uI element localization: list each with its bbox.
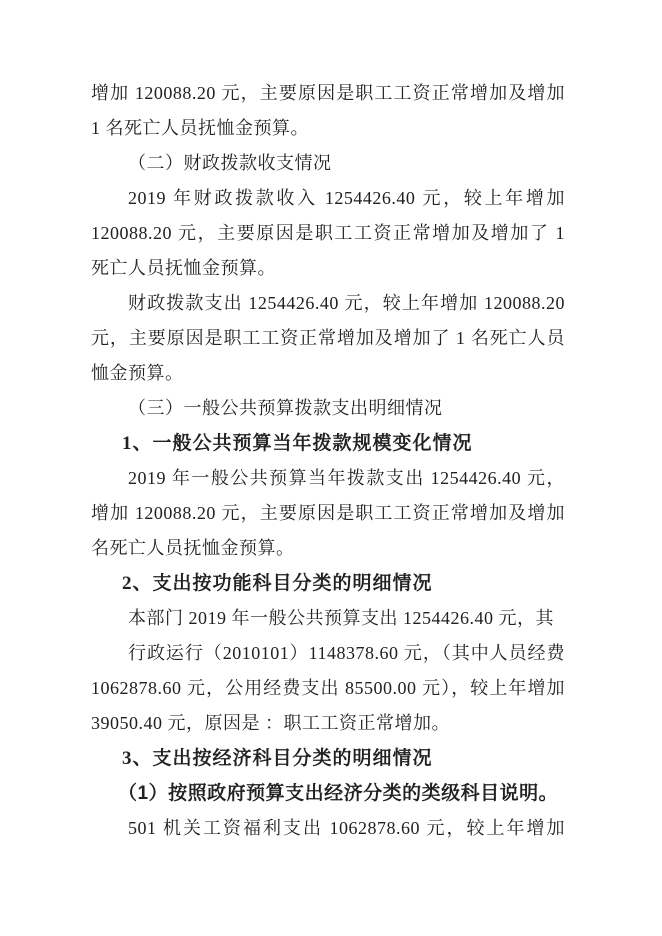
paragraph-line: 增加 120088.20 元，主要原因是职工工资正常增加及增加了 1: [91, 496, 565, 531]
paragraph: 本部门 2019 年一般公共预算支出 1254426.40 元，其中：: [91, 601, 565, 636]
section-heading-2: （二）财政拨款收支情况: [91, 146, 565, 181]
paragraph-line: 39050.40 元，原因是 ：职工工资正常增加。: [91, 706, 565, 741]
section-heading-text: （二）财政拨款收支情况: [91, 146, 565, 181]
paragraph: 2019 年财政拨款收入 1254426.40 元，较上年增加 120088.2…: [91, 181, 565, 286]
paragraph-line: 1 名死亡人员抚恤金预算。: [91, 111, 565, 146]
subheading-2: 2、支出按功能科目分类的明细情况: [91, 566, 565, 601]
paragraph-line: 120088.20 元，主要原因是职工工资正常增加及增加了 1 名: [91, 216, 565, 251]
section-heading-3: （三）一般公共预算拨款支出明细情况: [91, 391, 565, 426]
paragraph-line: 元，主要原因是职工工资正常增加及增加了 1 名死亡人员抚: [91, 321, 565, 356]
section-heading-text: （三）一般公共预算拨款支出明细情况: [91, 391, 565, 426]
document-text-area: 增加 120088.20 元，主要原因是职工工资正常增加及增加了 1 名死亡人员…: [91, 76, 565, 846]
paragraph-line: 行政运行（2010101）1148378.60 元，（其中人员经费支出: [91, 636, 565, 671]
paragraph: 行政运行（2010101）1148378.60 元，（其中人员经费支出 1062…: [91, 636, 565, 741]
paragraph: 财政拨款支出 1254426.40 元，较上年增加 120088.20 元，主要…: [91, 286, 565, 391]
paragraph: 2019 年一般公共预算当年拨款支出 1254426.40 元，较上年 增加 1…: [91, 461, 565, 566]
paragraph-line: 财政拨款支出 1254426.40 元，较上年增加 120088.20: [91, 286, 565, 321]
subheading-text: 2、支出按功能科目分类的明细情况: [91, 566, 565, 601]
paragraph-line: 增加 120088.20 元，主要原因是职工工资正常增加及增加了: [91, 76, 565, 111]
paragraph-line: 2019 年财政拨款收入 1254426.40 元，较上年增加: [91, 181, 565, 216]
subheading-3: 3、支出按经济科目分类的明细情况: [91, 741, 565, 776]
paragraph-line: 本部门 2019 年一般公共预算支出 1254426.40 元，其中：: [91, 601, 565, 636]
paragraph-line: 恤金预算。: [91, 356, 565, 391]
item-heading-text: （1）按照政府预算支出经济分类的类级科目说明。: [91, 776, 565, 811]
item-heading-1: （1）按照政府预算支出经济分类的类级科目说明。: [91, 776, 565, 811]
document-page: 增加 120088.20 元，主要原因是职工工资正常增加及增加了 1 名死亡人员…: [0, 0, 662, 936]
subheading-text: 3、支出按经济科目分类的明细情况: [91, 741, 565, 776]
paragraph: 501 机关工资福利支出 1062878.60 元，较上年增加: [91, 811, 565, 846]
paragraph: 增加 120088.20 元，主要原因是职工工资正常增加及增加了 1 名死亡人员…: [91, 76, 565, 146]
paragraph-line: 1062878.60 元，公用经费支出 85500.00 元），较上年增加: [91, 671, 565, 706]
paragraph-line: 501 机关工资福利支出 1062878.60 元，较上年增加: [91, 811, 565, 846]
paragraph-line: 死亡人员抚恤金预算。: [91, 251, 565, 286]
subheading-text: 1、一般公共预算当年拨款规模变化情况: [91, 426, 565, 461]
subheading-1: 1、一般公共预算当年拨款规模变化情况: [91, 426, 565, 461]
paragraph-line: 名死亡人员抚恤金预算。: [91, 531, 565, 566]
paragraph-line: 2019 年一般公共预算当年拨款支出 1254426.40 元，较上年: [91, 461, 565, 496]
